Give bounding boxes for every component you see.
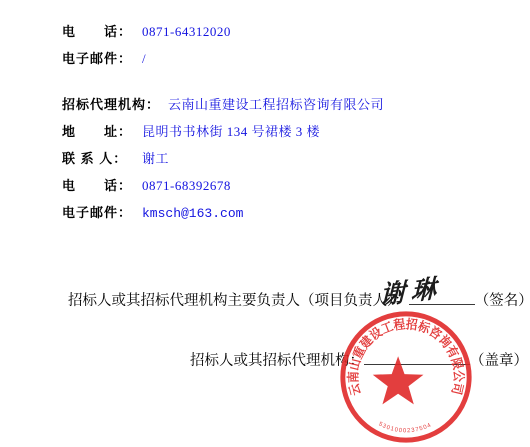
agency-email-row: 电子邮件： kmsch@163.com bbox=[62, 205, 243, 222]
email-row: 电子邮件： / bbox=[62, 51, 146, 67]
company-seal-stamp: 云南山重建设工程招标咨询有限公司 5301000237504 bbox=[332, 306, 480, 447]
email-value: / bbox=[142, 51, 146, 67]
seal-ring bbox=[343, 314, 469, 440]
agency-phone-label: 电 话： bbox=[62, 178, 134, 194]
contact-person-label: 联 系 人： bbox=[62, 151, 134, 167]
phone-label: 电 话： bbox=[62, 24, 134, 40]
sign-suffix: （签名） bbox=[475, 293, 530, 309]
org-label: 招标人或其招标代理机构： bbox=[190, 353, 364, 369]
agency-row: 招标代理机构： 云南山重建设工程招标咨询有限公司 bbox=[62, 97, 384, 113]
seal-suffix: （盖章） bbox=[470, 353, 528, 369]
agency-email-value: kmsch@163.com bbox=[142, 206, 243, 222]
seal-code-text: 5301000237504 bbox=[377, 421, 432, 434]
org-seal-line: 招标人或其招标代理机构：（盖章） bbox=[190, 349, 528, 370]
agency-phone-value: 0871-68392678 bbox=[142, 178, 231, 194]
address-label: 地 址： bbox=[62, 124, 134, 140]
phone-row: 电 话： 0871-64312020 bbox=[62, 24, 231, 40]
handwritten-signature: 谢琳 bbox=[380, 268, 442, 312]
seal-underline bbox=[364, 351, 470, 365]
agency-name: 云南山重建设工程招标咨询有限公司 bbox=[168, 97, 384, 113]
document-page: 电 话： 0871-64312020 电子邮件： / 招标代理机构： 云南山重建… bbox=[0, 0, 530, 447]
phone-value: 0871-64312020 bbox=[142, 24, 231, 40]
agency-email-label: 电子邮件： bbox=[62, 205, 134, 221]
address-row: 地 址： 昆明书书林街 134 号裙楼 3 楼 bbox=[62, 124, 320, 140]
contact-person-row: 联 系 人： 谢工 bbox=[62, 151, 169, 167]
responsible-signature-line: 招标人或其招标代理机构主要负责人（项目负责人）：（签名） bbox=[68, 289, 530, 310]
email-label: 电子邮件： bbox=[62, 51, 134, 67]
agency-phone-row: 电 话： 0871-68392678 bbox=[62, 178, 231, 194]
responsible-label: 招标人或其招标代理机构主要负责人（项目负责人）： bbox=[68, 293, 409, 309]
contact-person-value: 谢工 bbox=[142, 151, 169, 167]
agency-label: 招标代理机构： bbox=[62, 97, 160, 113]
address-value: 昆明书书林街 134 号裙楼 3 楼 bbox=[142, 124, 320, 140]
